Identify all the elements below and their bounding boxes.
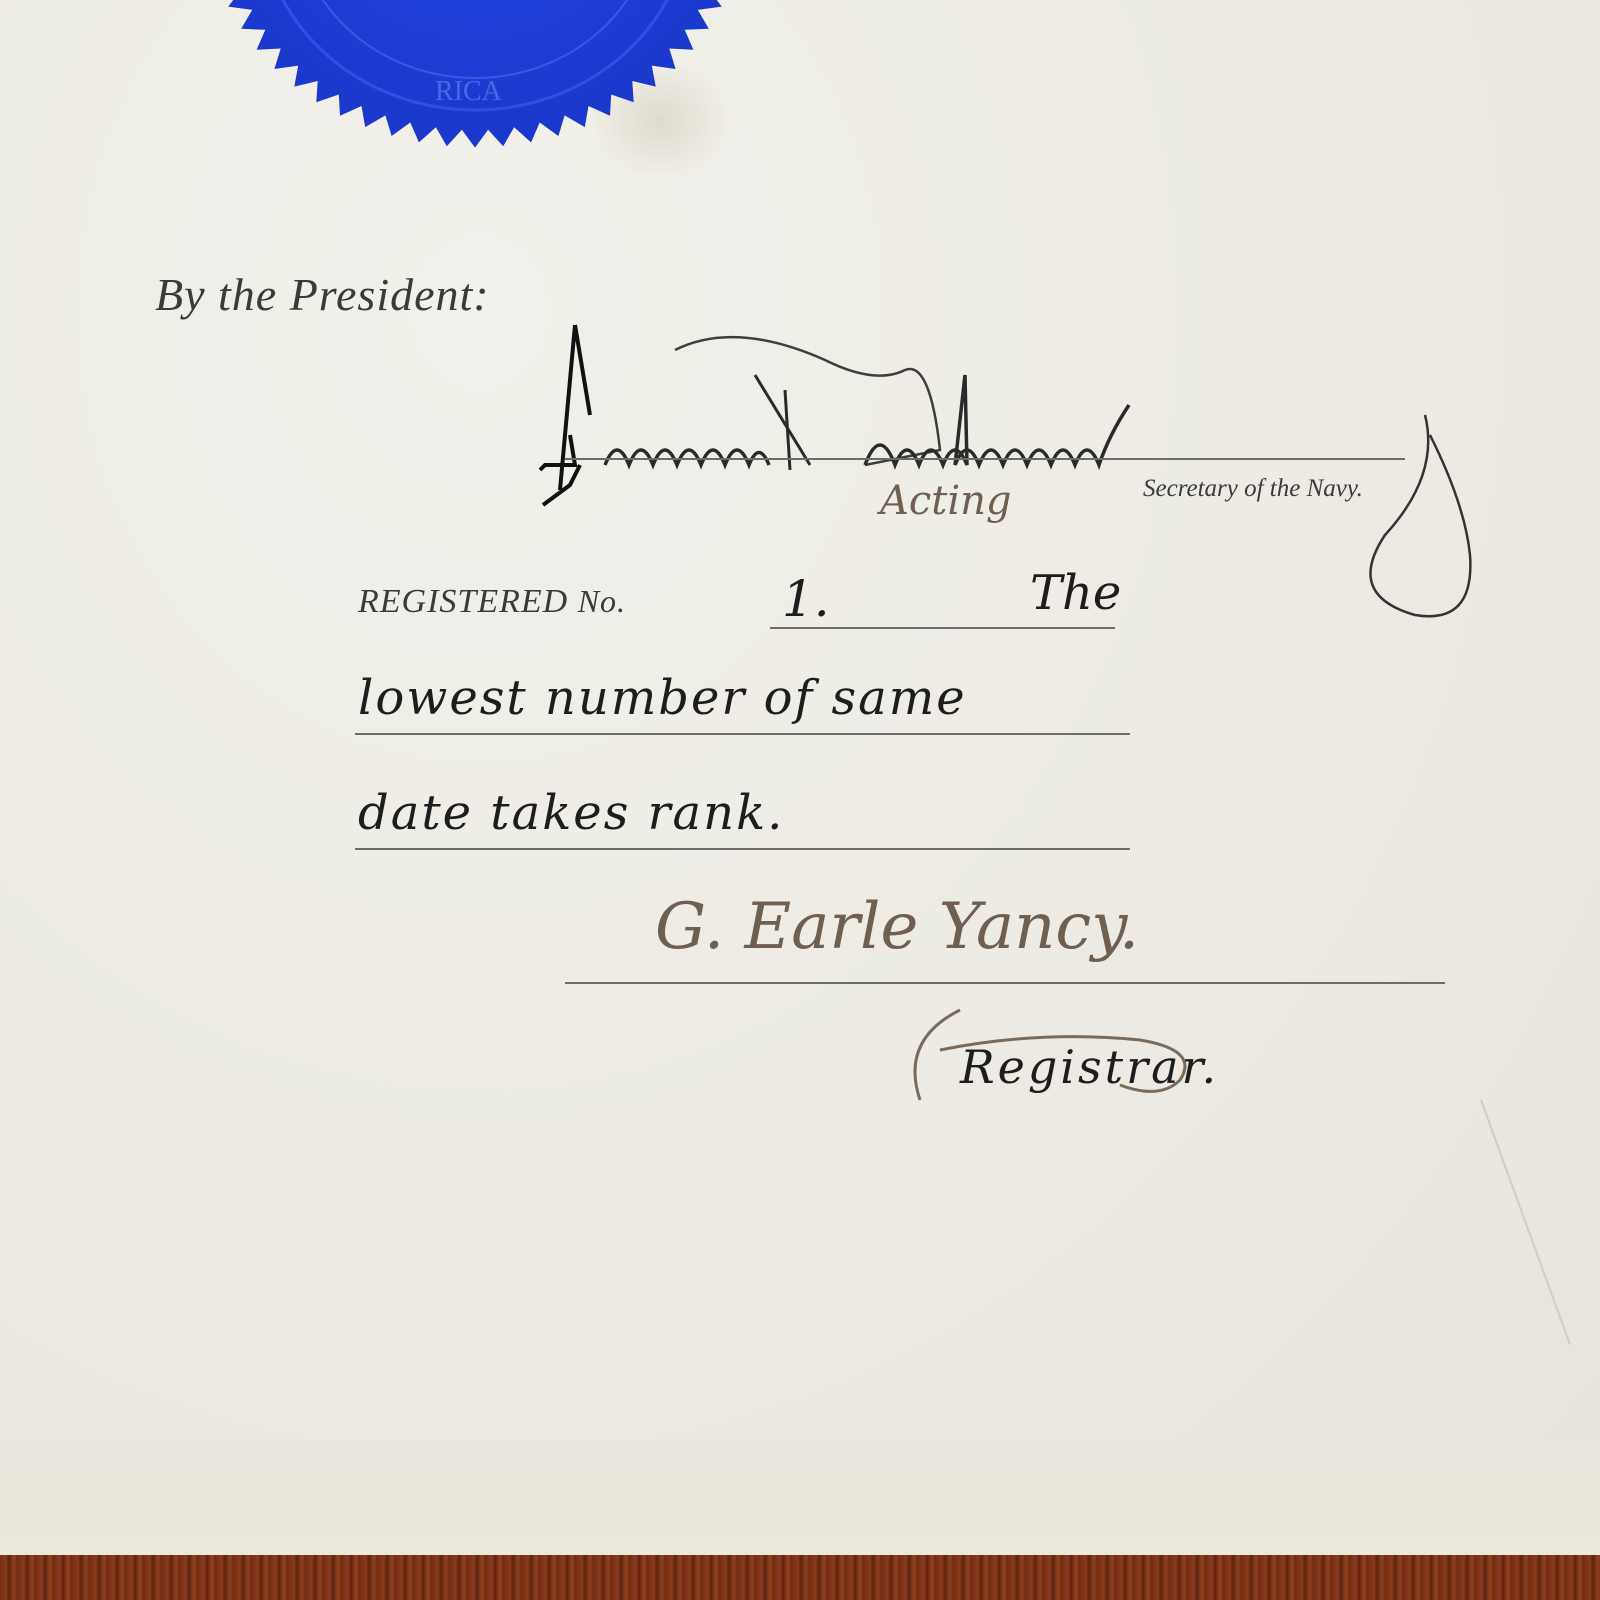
note-line3-rule [355,848,1130,850]
note-line2-rule [355,733,1130,735]
registration-note-line1: The [1030,565,1121,621]
secretary-title: Secretary of the Navy. [1143,475,1363,503]
by-the-president-label: By the President: [155,268,490,321]
registration-note-line3: date takes rank. [358,785,784,841]
svg-text:RICA: RICA [435,76,503,107]
registrar-signature-line [565,982,1445,984]
registration-number-line [770,627,1115,629]
secretary-signature-line [565,458,1405,460]
registrar-signature: G. Earle Yancy. [655,890,1139,964]
registered-no-label: No. [578,583,626,619]
wooden-table-surface [0,1555,1600,1600]
registered-label: REGISTERED No. [358,583,626,621]
acting-annotation: Acting [880,478,1012,524]
registrar-title: Registrar. [960,1040,1219,1094]
paper-bottom-edge [0,1440,1600,1570]
registered-text: REGISTERED [358,583,568,620]
seal-icon: RICA [195,0,755,150]
registration-number: 1. [782,570,830,628]
document-paper [0,0,1600,1560]
registration-note-line2: lowest number of same [358,670,967,726]
